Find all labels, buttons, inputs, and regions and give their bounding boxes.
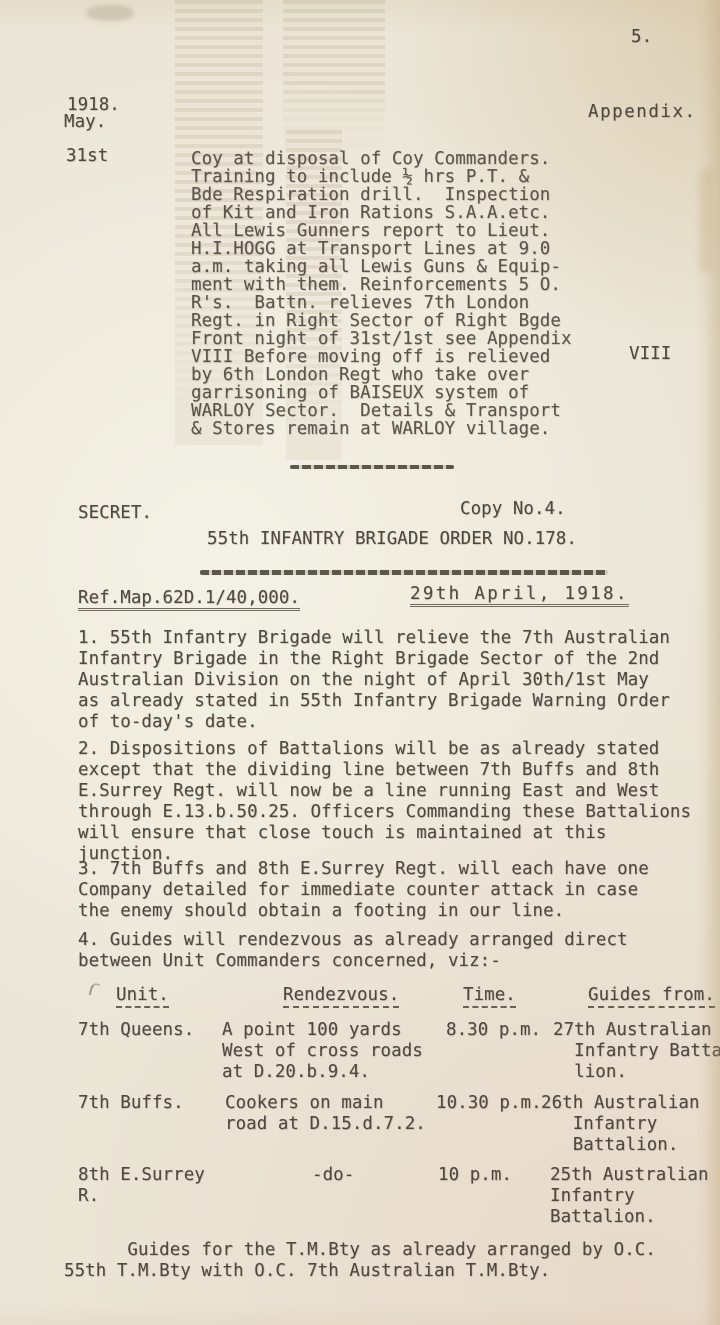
table-cell-rendezvous: -do- [312,1165,354,1186]
pen-tick-mark [89,982,101,997]
order-paragraph-2: 2. Dispositions of Battalions will be as… [78,739,691,865]
table-cell-time: 10 p.m. [438,1165,512,1186]
page-edge-shading [699,168,713,272]
table-cell-unit: 7th Buffs. [78,1093,184,1114]
order-date: 29th April, 1918. [410,585,629,607]
table-cell-rendezvous: A point 100 yards West of cross roads at… [222,1020,423,1083]
table-cell-rendezvous: Cookers on main road at D.15.d.7.2. [225,1093,426,1135]
margin-note-appendix-viii: VIII [629,345,671,363]
order-paragraph-3: 3. 7th Buffs and 8th E.Surrey Regt. will… [78,859,649,922]
ink-smudge [86,5,134,21]
table-cell-time: 10.30 p.m. [436,1093,542,1114]
classification-label: SECRET. [78,504,152,522]
closing-paragraph: Guides for the T.M.Bty as already arrang… [64,1240,656,1282]
column-header-rendezvous: Rendezvous. [283,986,399,1008]
copy-number: Copy No.4. [460,500,566,518]
table-cell-guides: 26th Australian Infantry Battalion. [541,1093,700,1156]
bleedthrough-text-band [283,0,385,150]
diary-month: May. [64,113,106,131]
diary-day: 31st [66,147,108,165]
table-cell-unit: 8th E.Surrey R. [78,1165,205,1207]
map-reference: Ref.Map.62D.1/40,000. [78,589,300,611]
order-title: 55th INFANTRY BRIGADE ORDER NO.178. [207,530,577,548]
table-cell-guides: 27th Australian Infantry Batta- lion. [553,1020,720,1083]
table-cell-unit: 7th Queens. [78,1020,194,1041]
scanned-document-page: 5. Appendix. 1918. May. 31st Coy at disp… [0,0,720,1325]
appendix-label: Appendix. [588,103,697,121]
order-paragraph-1: 1. 55th Infantry Brigade will relieve th… [78,628,670,733]
page-number: 5. [631,28,652,46]
column-header-guides-from: Guides from. [588,986,715,1008]
table-cell-guides: 25th Australian Infantry Battalion. [550,1165,709,1228]
section-divider [290,465,454,469]
column-header-unit: Unit. [116,986,169,1008]
table-cell-time: 8.30 p.m. [446,1020,541,1041]
diary-entry-text: Coy at disposal of Coy Commanders. Train… [191,150,572,438]
order-paragraph-4: 4. Guides will rendezvous as already arr… [78,930,628,972]
title-underline-divider [200,570,608,575]
column-header-time: Time. [463,986,516,1008]
